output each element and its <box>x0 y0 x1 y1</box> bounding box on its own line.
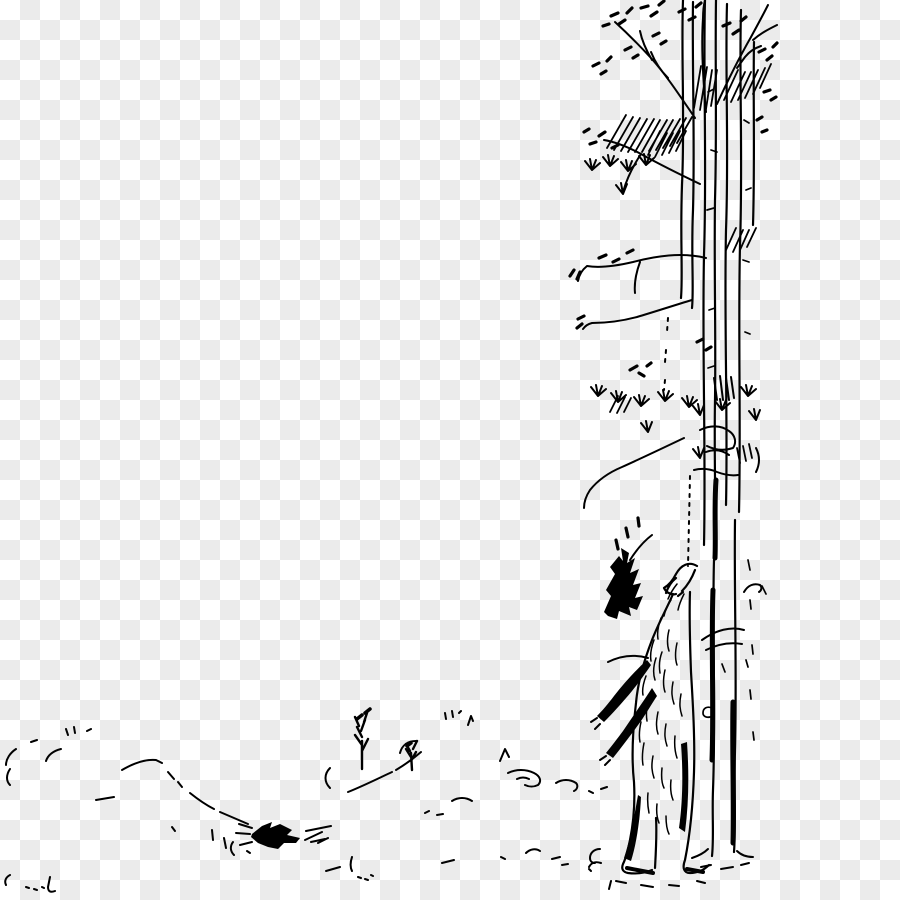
trunk-dark-shading <box>712 480 733 843</box>
ground-ticks <box>96 797 250 855</box>
tree-trunks <box>681 0 754 856</box>
tree-base-roots <box>692 849 753 869</box>
trunk-hatch <box>714 376 734 400</box>
bear-forepaws <box>597 660 657 758</box>
ground-ridge <box>122 760 331 845</box>
bear-fur <box>639 584 684 834</box>
tree-group <box>570 0 777 856</box>
grass-tuft-tops <box>357 709 411 746</box>
ground-dashes <box>5 849 705 892</box>
tree-branches <box>578 0 777 662</box>
bear-claws <box>591 718 610 765</box>
ground-dark-rock <box>251 822 300 849</box>
ground-group <box>5 709 753 892</box>
transparency-checkerboard <box>0 0 900 900</box>
bear-and-pine-tree-illustration <box>0 0 900 900</box>
dead-branch-stub <box>604 548 643 619</box>
